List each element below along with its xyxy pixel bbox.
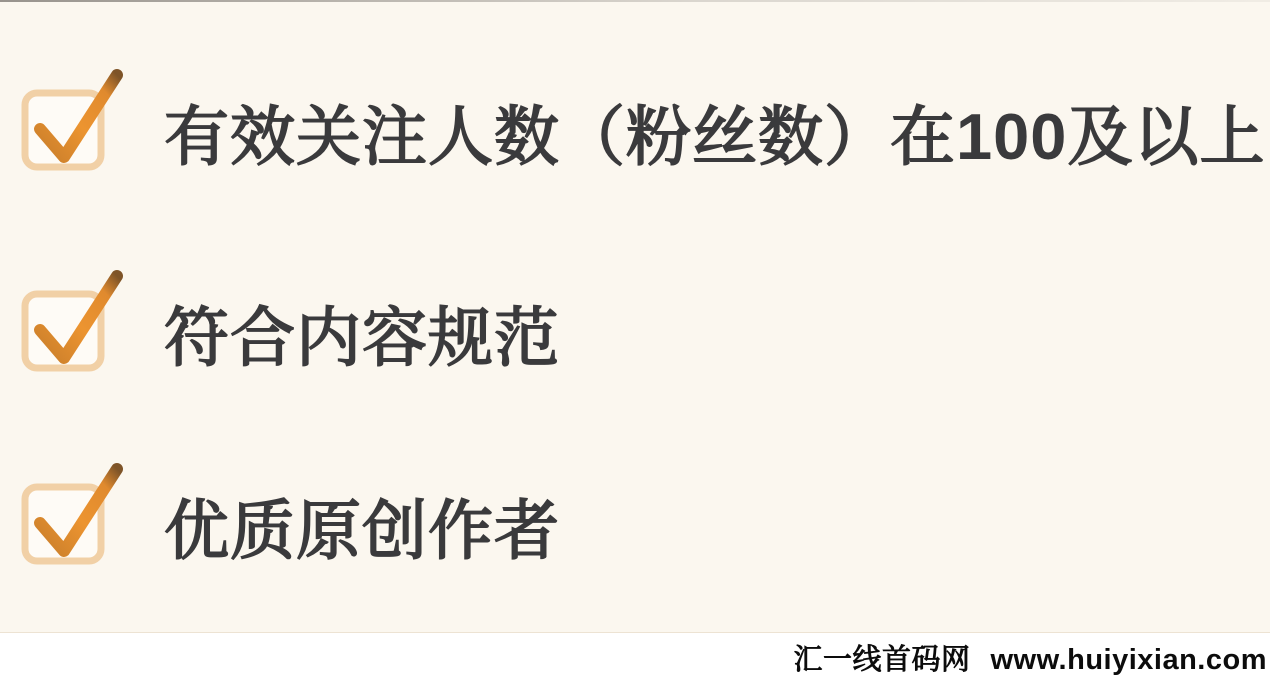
checklist-item-content-rules: 符合内容规范 [20,287,560,387]
watermark-site-name: 汇一线首码网 [793,646,970,675]
checklist-item-label: 有效关注人数（粉丝数）在100及以上 [164,104,1265,169]
watermark-site-url: www.huiyixian.com [990,646,1267,675]
checked-checkbox-icon [20,67,126,179]
top-edge-artifact-line [0,0,1270,2]
checklist-item-label: 优质原创作者 [164,498,560,563]
checked-checkbox-icon [20,461,126,573]
checklist-item-original-creator: 优质原创作者 [20,480,560,580]
checklist-item-label: 符合内容规范 [164,305,560,370]
watermark-strip: 汇一线首码网 www.huiyixian.com [0,632,1270,688]
checked-checkbox-icon [20,268,126,380]
checklist-item-followers: 有效关注人数（粉丝数）在100及以上 [20,86,1265,186]
